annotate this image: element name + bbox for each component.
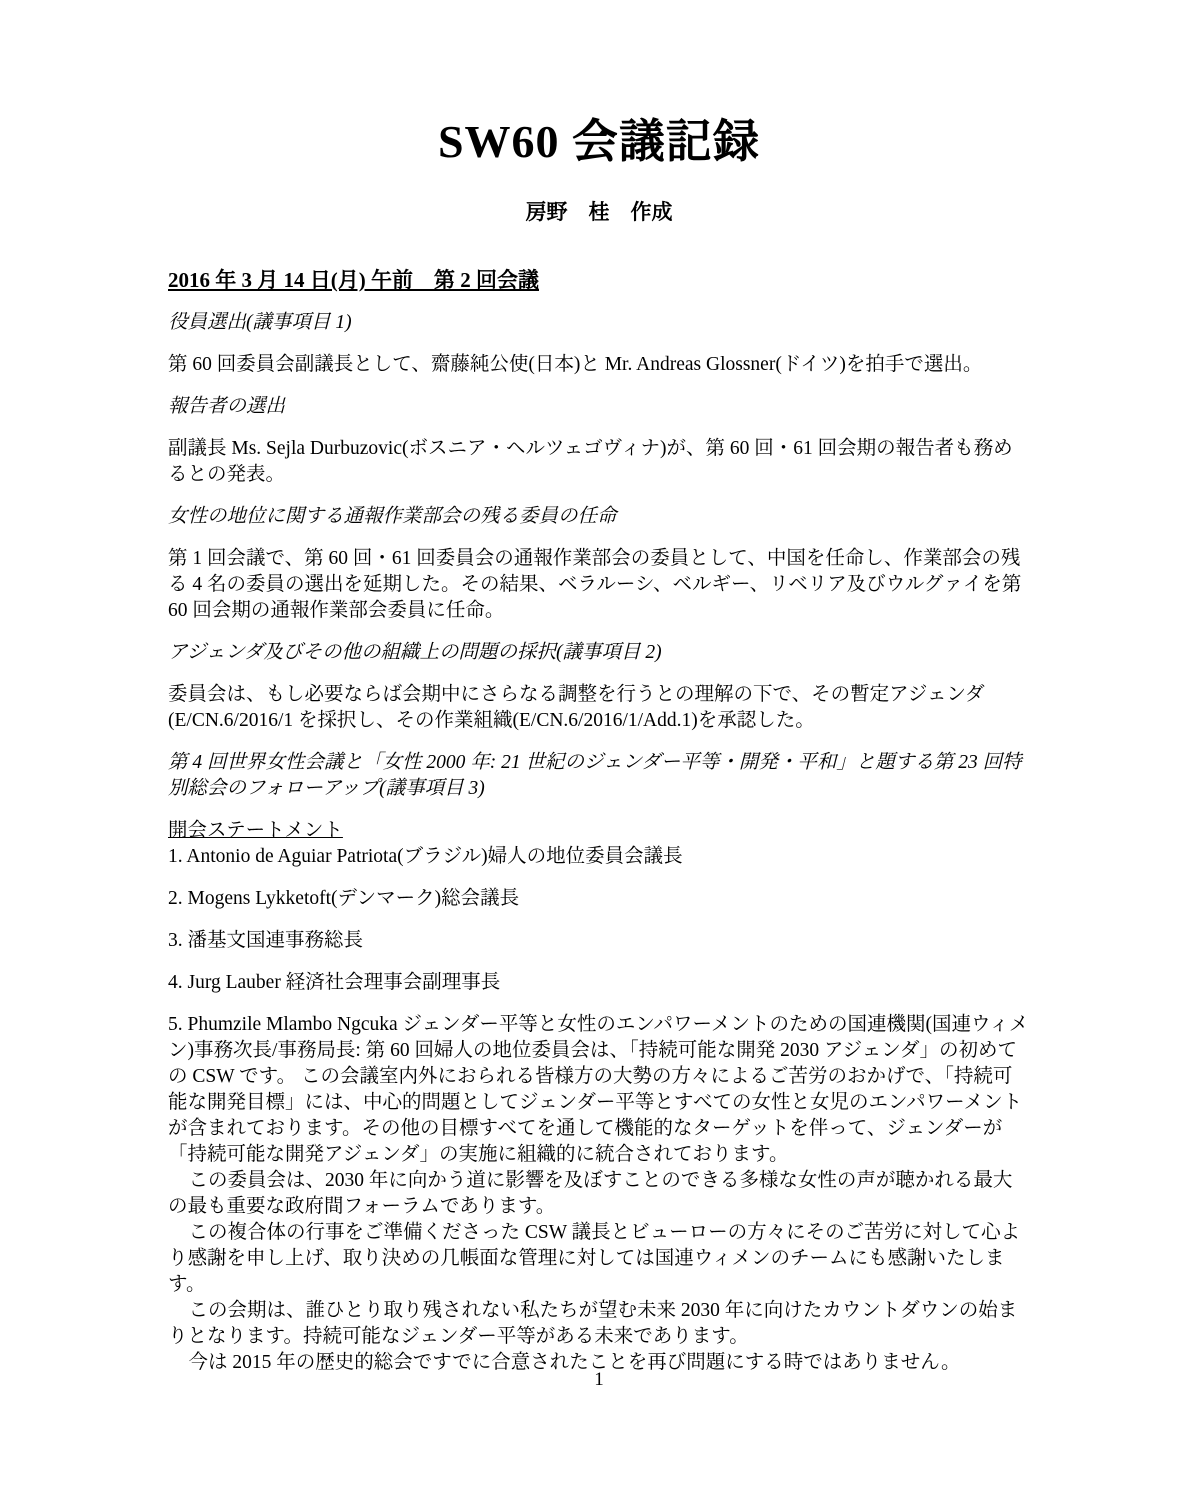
heading-rapporteur: 報告者の選出	[168, 394, 1030, 420]
paragraph-officer-election: 第 60 回委員会副議長として、齋藤純公使(日本)と Mr. Andreas G…	[168, 352, 1030, 378]
session-heading: 2016 年 3 月 14 日(月) 午前 第 2 回会議	[168, 266, 1030, 294]
page-number: 1	[0, 1368, 1198, 1392]
statement-paragraph-3: この複合体の行事をご準備くださった CSW 議長とビューローの方々にそのご苦労に…	[168, 1220, 1030, 1298]
heading-agenda: アジェンダ及びその他の組織上の問題の採択(議事項目 2)	[168, 640, 1030, 666]
opening-statements-block: 開会ステートメント 1. Antonio de Aguiar Patriota(…	[168, 818, 1030, 870]
opening-statements-heading: 開会ステートメント	[168, 818, 1030, 844]
paragraph-working-group: 第 1 回会議で、第 60 回・61 回委員会の通報作業部会の委員として、中国を…	[168, 546, 1030, 624]
speaker-item-2: 2. Mogens Lykketoft(デンマーク)総会議長	[168, 886, 1030, 912]
speaker-item-4: 4. Jurg Lauber 経済社会理事会副理事長	[168, 970, 1030, 996]
heading-working-group: 女性の地位に関する通報作業部会の残る委員の任命	[168, 504, 1030, 530]
speaker-item-3: 3. 潘基文国連事務総長	[168, 928, 1030, 954]
paragraph-agenda: 委員会は、もし必要ならば会期中にさらなる調整を行うとの理解の下で、その暫定アジェ…	[168, 682, 1030, 734]
document-page: SW60 会議記録 房野 桂 作成 2016 年 3 月 14 日(月) 午前 …	[0, 0, 1198, 1500]
heading-officer-election: 役員選出(議事項目 1)	[168, 310, 1030, 336]
paragraph-rapporteur: 副議長 Ms. Sejla Durbuzovic(ボスニア・ヘルツェゴヴィナ)が…	[168, 436, 1030, 488]
speaker-statement-block: 5. Phumzile Mlambo Ngcuka ジェンダー平等と女性のエンパ…	[168, 1012, 1030, 1376]
author-line: 房野 桂 作成	[168, 200, 1030, 224]
statement-paragraph-1: 5. Phumzile Mlambo Ngcuka ジェンダー平等と女性のエンパ…	[168, 1012, 1030, 1168]
heading-followup: 第 4 回世界女性会議と「女性 2000 年: 21 世紀のジェンダー平等・開発…	[168, 750, 1030, 802]
statement-paragraph-2: この委員会は、2030 年に向かう道に影響を及ぼすことのできる多様な女性の声が聴…	[168, 1168, 1030, 1220]
speaker-item-1: 1. Antonio de Aguiar Patriota(ブラジル)婦人の地位…	[168, 844, 1030, 870]
statement-paragraph-4: この会期は、誰ひとり取り残されない私たちが望む未来 2030 年に向けたカウント…	[168, 1298, 1030, 1350]
document-title: SW60 会議記録	[168, 116, 1030, 168]
